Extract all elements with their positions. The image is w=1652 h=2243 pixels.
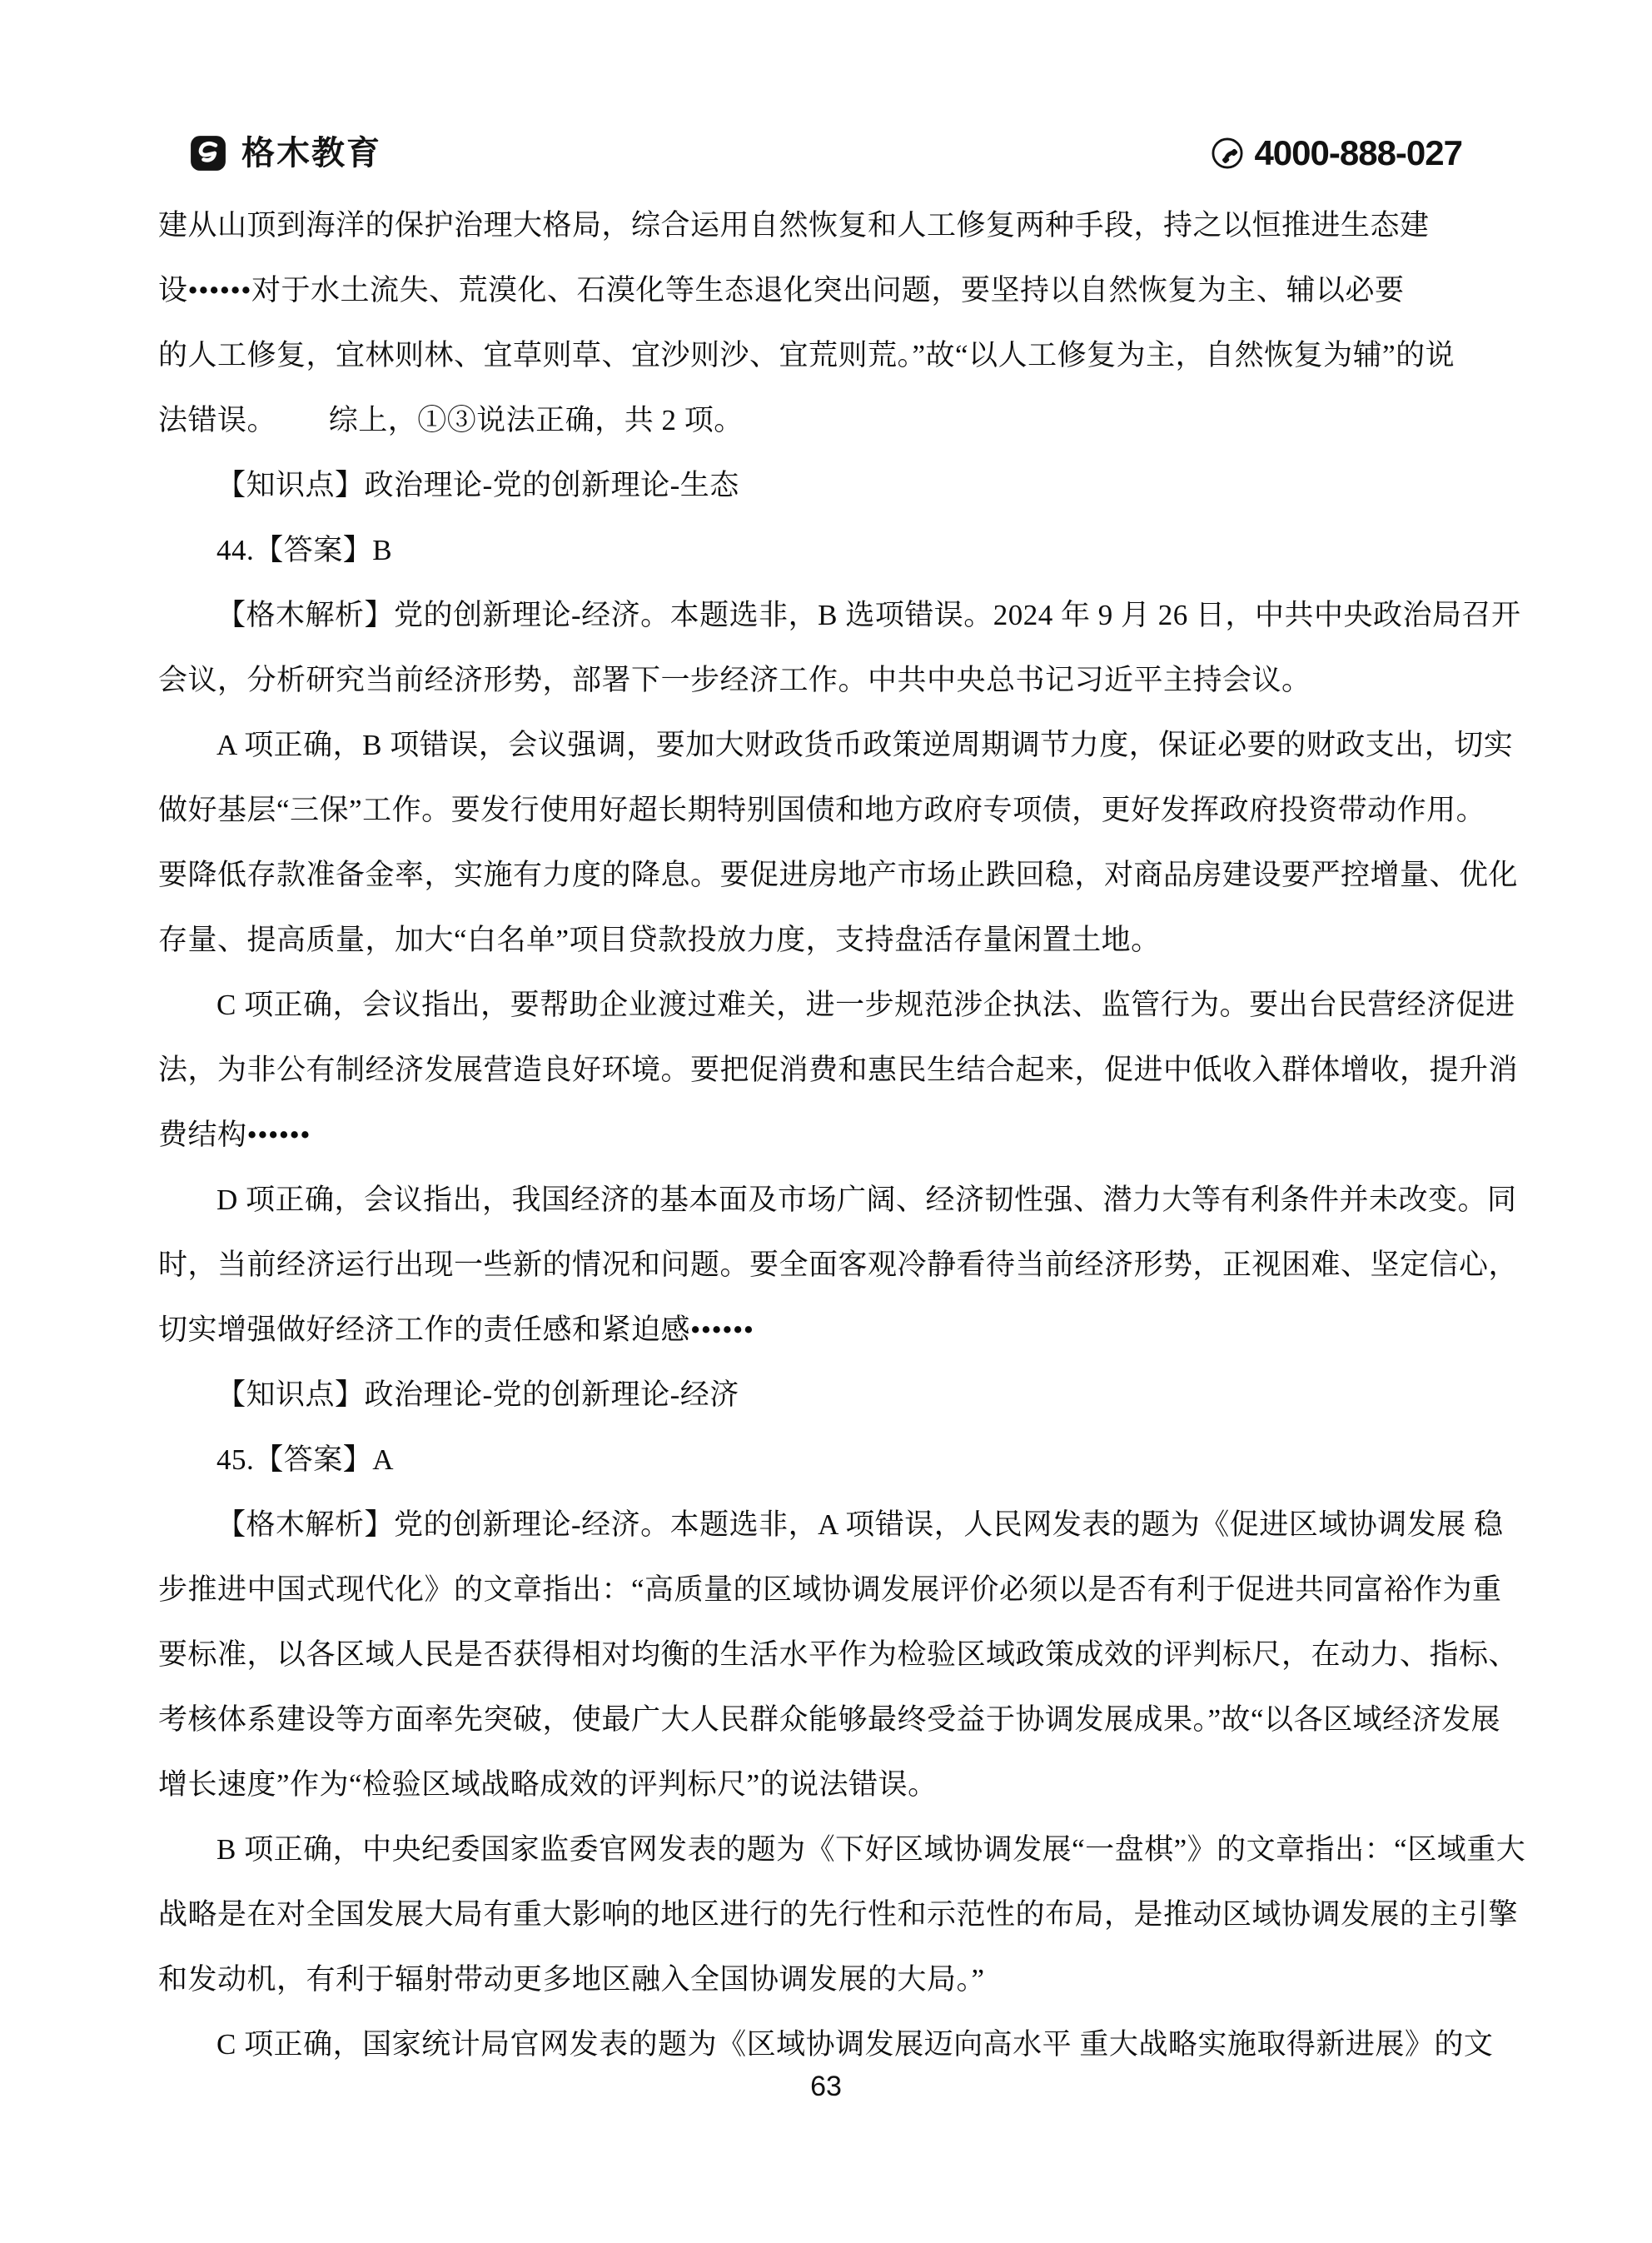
text-line: 要标准，以各区域人民是否获得相对均衡的生活水平作为检验区域政策成效的评判标尺，在… xyxy=(158,1622,1494,1687)
page-header: 格木教育 4000-888-027 xyxy=(190,132,1462,175)
document-page: 格木教育 4000-888-027 建从山顶到海洋的保护治理大格局，综合运用自然… xyxy=(0,0,1652,2243)
text-line: 建从山顶到海洋的保护治理大格局，综合运用自然恢复和人工修复两种手段，持之以恒推进… xyxy=(158,193,1494,258)
text-line: 【格木解析】党的创新理论-经济。本题选非，A 项错误，人民网发表的题为《促进区域… xyxy=(158,1493,1494,1558)
text-line: B 项正确，中央纪委国家监委官网发表的题为《下好区域协调发展“一盘棋”》的文章指… xyxy=(158,1817,1494,1882)
text-line: 和发动机，有利于辐射带动更多地区融入全国协调发展的大局。” xyxy=(158,1947,1494,2012)
text-line: 设••••••对于水土流失、荒漠化、石漠化等生态退化突出问题，要坚持以自然恢复为… xyxy=(158,258,1494,323)
text-line: 【知识点】政治理论-党的创新理论-生态 xyxy=(158,453,1494,518)
text-line: 法错误。 综上，①③说法正确，共 2 项。 xyxy=(158,388,1494,453)
text-line: 【知识点】政治理论-党的创新理论-经济 xyxy=(158,1363,1494,1428)
gemu-logo-icon xyxy=(190,135,226,172)
brand-name: 格木教育 xyxy=(241,137,381,170)
phone-contact: 4000-888-027 xyxy=(1211,136,1462,171)
text-line: 45.【答案】A xyxy=(158,1428,1494,1493)
phone-in-circle-icon xyxy=(1211,137,1244,170)
text-line: 费结构•••••• xyxy=(158,1103,1494,1168)
text-line: 战略是在对全国发展大局有重大影响的地区进行的先行性和示范性的布局，是推动区域协调… xyxy=(158,1882,1494,1947)
document-body: 建从山顶到海洋的保护治理大格局，综合运用自然恢复和人工修复两种手段，持之以恒推进… xyxy=(158,193,1494,2077)
text-line: 44.【答案】B xyxy=(158,518,1494,583)
text-line: 的人工修复，宜林则林、宜草则草、宜沙则沙、宜荒则荒。”故“以人工修复为主，自然恢… xyxy=(158,323,1494,388)
phone-number: 4000-888-027 xyxy=(1254,136,1462,171)
text-line: 会议，分析研究当前经济形势，部署下一步经济工作。中共中央总书记习近平主持会议。 xyxy=(158,648,1494,713)
text-line: 要降低存款准备金率，实施有力度的降息。要促进房地产市场止跌回稳，对商品房建设要严… xyxy=(158,843,1494,908)
text-line: 【格木解析】党的创新理论-经济。本题选非，B 选项错误。2024 年 9 月 2… xyxy=(158,583,1494,648)
text-line: C 项正确，会议指出，要帮助企业渡过难关，进一步规范涉企执法、监管行为。要出台民… xyxy=(158,973,1494,1038)
text-line: 考核体系建设等方面率先突破，使最广大人民群众能够最终受益于协调发展成果。”故“以… xyxy=(158,1687,1494,1752)
text-line: 时，当前经济运行出现一些新的情况和问题。要全面客观冷静看待当前经济形势，正视困难… xyxy=(158,1233,1494,1298)
brand: 格木教育 xyxy=(190,135,381,172)
text-line: D 项正确，会议指出，我国经济的基本面及市场广阔、经济韧性强、潜力大等有利条件并… xyxy=(158,1168,1494,1233)
text-line: 步推进中国式现代化》的文章指出：“高质量的区域协调发展评价必须以是否有利于促进共… xyxy=(158,1558,1494,1622)
text-line: A 项正确，B 项错误，会议强调，要加大财政货币政策逆周期调节力度，保证必要的财… xyxy=(158,713,1494,778)
text-line: 法，为非公有制经济发展营造良好环境。要把促消费和惠民生结合起来，促进中低收入群体… xyxy=(158,1038,1494,1103)
text-line: 增长速度”作为“检验区域战略成效的评判标尺”的说法错误。 xyxy=(158,1752,1494,1817)
text-line: 切实增强做好经济工作的责任感和紧迫感•••••• xyxy=(158,1298,1494,1363)
text-line: 存量、提高质量，加大“白名单”项目贷款投放力度，支持盘活存量闲置土地。 xyxy=(158,908,1494,973)
page-footer: 63 xyxy=(0,2071,1652,2103)
text-line: C 项正确，国家统计局官网发表的题为《区域协调发展迈向高水平 重大战略实施取得新… xyxy=(158,2012,1494,2077)
text-line: 做好基层“三保”工作。要发行使用好超长期特别国债和地方政府专项债，更好发挥政府投… xyxy=(158,778,1494,843)
page-number: 63 xyxy=(810,2071,842,2102)
